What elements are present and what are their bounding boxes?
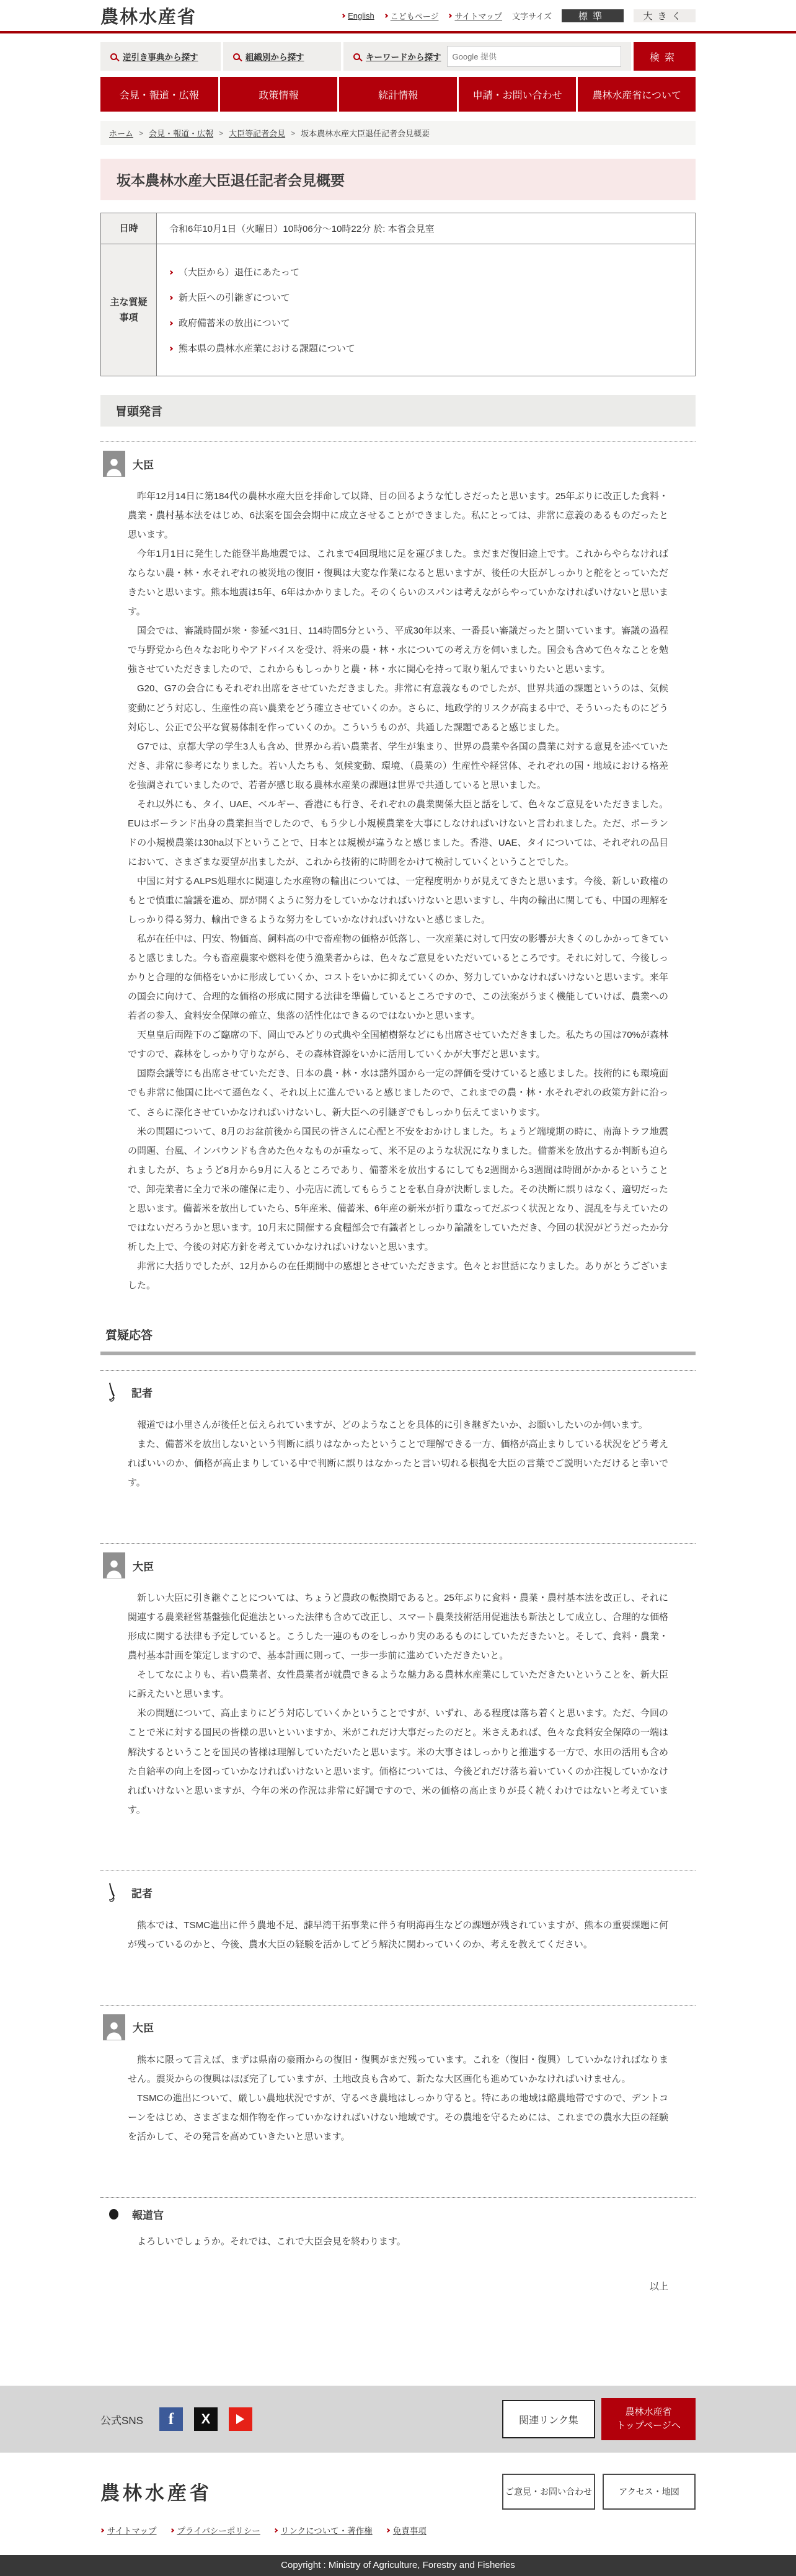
qa-answer: 新しい大臣に引き継ぐことについては、ちょうど農政の転換期であると。25年ぶりに食…	[100, 1578, 696, 1820]
footer-logo: 農林水産省	[100, 2477, 427, 2505]
breadcrumb-minister-conference[interactable]: 大臣等記者会見	[229, 127, 285, 139]
header-link-english[interactable]: English	[342, 11, 374, 20]
speech-paragraph: 非常に大括りでしたが、12月からの在任期間中の感想とさせていただきます。色々とお…	[128, 1257, 668, 1295]
speech-paragraph: 今年1月1日に発生した能登半島地震では、これまで4回現地に足を運びました。まだま…	[128, 544, 668, 621]
header-rule	[0, 31, 796, 33]
closing-statement: よろしいでしょうか。それでは、これで大臣会見を終わります。	[100, 2222, 696, 2251]
play-icon	[236, 2414, 244, 2424]
divider	[100, 1870, 696, 1871]
related-links-button[interactable]: 関連リンク集	[502, 2400, 595, 2438]
main-nav: 会見・報道・広報 政策情報 統計情報 申請・お問い合わせ 農林水産省について	[100, 77, 696, 112]
speech-paragraph: 私が在任中は、円安、物価高、飼料高の中で畜産物の価格が低落し、一次産業に対して円…	[128, 929, 668, 1025]
speech-paragraph: 熊本に限って言えば、まずは県南の豪雨からの復旧・復興がまだ残っています。これを（…	[128, 2050, 668, 2089]
youtube-icon[interactable]	[229, 2407, 252, 2431]
search-input[interactable]	[447, 46, 622, 67]
footer-sns-band: 公式SNS f X 関連リンク集 農林水産省 トップページへ	[0, 2386, 796, 2453]
footer-link-disclaimer[interactable]: 免責事項	[386, 2524, 427, 2536]
footer-links: サイトマップ プライバシーポリシー リンクについて・著作権 免責事項	[100, 2524, 427, 2536]
person-icon	[103, 1552, 125, 1578]
chevron-right-icon	[384, 13, 388, 17]
search-icon	[110, 53, 117, 60]
chevron-right-icon	[169, 270, 173, 275]
breadcrumb-separator: >	[291, 129, 295, 138]
facebook-icon[interactable]: f	[159, 2407, 183, 2431]
footer-link-privacy[interactable]: プライバシーポリシー	[170, 2524, 260, 2536]
speech-paragraph: 国会では、審議時間が衆・参延べ31日、114時間5分という、平成30年以来、一番…	[128, 621, 668, 679]
opening-remarks-heading: 冒頭発言	[100, 395, 696, 427]
datetime-label: 日時	[101, 213, 157, 244]
header-link-kids[interactable]: こどもページ	[384, 10, 439, 22]
speaker-label: 記者	[131, 1384, 153, 1400]
chevron-right-icon	[169, 296, 173, 300]
header-link-sitemap[interactable]: サイトマップ	[448, 10, 502, 22]
speech-paragraph: 報道では小里さんが後任と伝えられていますが、どのようなことを具体的に引き継ぎたい…	[128, 1415, 668, 1435]
search-row: 逆引き事典から探す 組織別から探す キーワードから探す 検索	[100, 42, 696, 71]
topics-list: （大臣から）退任にあたって 新大臣への引継ぎについて 政府備蓄米の放出について …	[169, 265, 683, 355]
speaker-row-minister: 大臣	[100, 2014, 696, 2040]
top-page-button[interactable]: 農林水産省 トップページへ	[601, 2398, 696, 2440]
chevron-right-icon	[386, 2528, 390, 2533]
font-size-standard-button[interactable]: 標準	[562, 9, 624, 22]
nav-item-application[interactable]: 申請・お問い合わせ	[459, 77, 577, 112]
datetime-value: 令和6年10月1日（火曜日）10時06分～10時22分 於: 本省会見室	[157, 213, 696, 244]
speech-paragraph: それ以外にも、タイ、UAE、ベルギー、香港にも行き、それぞれの農業関係大臣と話を…	[128, 795, 668, 872]
speaker-row-minister: 大臣	[100, 451, 696, 477]
footer-link-sitemap[interactable]: サイトマップ	[100, 2524, 157, 2536]
nav-item-policy[interactable]: 政策情報	[220, 77, 338, 112]
speaker-row-reporter: 記者	[100, 1379, 696, 1405]
chevron-right-icon	[448, 13, 452, 17]
pen-icon	[103, 1379, 124, 1405]
meeting-info-table: 日時 令和6年10月1日（火曜日）10時06分～10時22分 於: 本省会見室 …	[100, 213, 696, 376]
speaker-label: 大臣	[133, 1558, 154, 1573]
breadcrumb-press[interactable]: 会見・報道・広報	[149, 127, 213, 139]
speech-paragraph: 中国に対するALPS処理水に関連した水産物の輸出については、一定程度明かりが見え…	[128, 872, 668, 929]
topics-label: 主な質疑事項	[101, 244, 157, 376]
table-row-datetime: 日時 令和6年10月1日（火曜日）10時06分～10時22分 於: 本省会見室	[101, 213, 696, 244]
qa-answer: 熊本に限って言えば、まずは県南の豪雨からの復旧・復興がまだ残っています。これを（…	[100, 2040, 696, 2146]
speech-paragraph: よろしいでしょうか。それでは、これで大臣会見を終わります。	[128, 2232, 668, 2251]
speaker-label: 記者	[131, 1885, 153, 1900]
search-icon	[233, 53, 240, 60]
speech-paragraph: 新しい大臣に引き継ぐことについては、ちょうど農政の転換期であると。25年ぶりに食…	[128, 1588, 668, 1665]
speech-paragraph: G7では、京都大学の学生3人も含め、世界から若い農業者、学生が集まり、世界の農業…	[128, 737, 668, 795]
qa-question: 報道では小里さんが後任と伝えられていますが、どのようなことを具体的に引き継ぎたい…	[100, 1405, 696, 1492]
search-icon	[353, 53, 360, 60]
dot-icon	[109, 2209, 118, 2220]
chevron-right-icon	[100, 2528, 104, 2533]
speech-paragraph: 昨年12月14日に第184代の農林水産大臣を拝命して以降、目の回るような忙しさだ…	[128, 487, 668, 544]
divider	[100, 1543, 696, 1544]
breadcrumb-separator: >	[219, 129, 223, 138]
speech-paragraph: G20、G7の会合にもそれぞれ出席をさせていただきました。非常に有意義なものでし…	[128, 679, 668, 737]
qa-question: 熊本では、TSMC進出に伴う農地不足、諫早湾干拓事業に伴う有明海再生などの課題が…	[100, 1906, 696, 1954]
font-size-label: 文字サイズ	[512, 10, 552, 22]
list-item: 熊本県の農林水産業における課題について	[169, 342, 683, 355]
topics-cell: （大臣から）退任にあたって 新大臣への引継ぎについて 政府備蓄米の放出について …	[157, 244, 696, 376]
contact-button[interactable]: ご意見・お問い合わせ	[502, 2474, 595, 2510]
divider	[100, 1370, 696, 1371]
speech-paragraph: 熊本では、TSMC進出に伴う農地不足、諫早湾干拓事業に伴う有明海再生などの課題が…	[128, 1916, 668, 1954]
list-item: 政府備蓄米の放出について	[169, 316, 683, 329]
keyword-search-box: キーワードから探す	[343, 42, 631, 71]
x-icon[interactable]: X	[194, 2407, 218, 2431]
chevron-right-icon	[341, 13, 345, 17]
site-header: 農林水産省 English こどもページ サイトマップ 文字サイズ 標準 大きく	[100, 0, 696, 31]
speaker-row-spokesperson: 報道官	[100, 2206, 696, 2222]
speech-paragraph: 国際会議等にも出席させていただき、日本の農・林・水は諸外国から一定の評価を受けて…	[128, 1064, 668, 1122]
qa-heading: 質疑応答	[100, 1322, 696, 1352]
search-button[interactable]: 検索	[634, 42, 696, 71]
speech-paragraph: また、備蓄米を放出しないという判断に誤りはなかったということで理解できる一方、価…	[128, 1435, 668, 1492]
organization-search[interactable]: 組織別から探す	[223, 42, 341, 71]
breadcrumb-separator: >	[139, 129, 143, 138]
speech-paragraph: TSMCの進出について、厳しい農地状況ですが、守るべき農地はしっかり守ると。特に…	[128, 2089, 668, 2146]
nav-item-about[interactable]: 農林水産省について	[578, 77, 696, 112]
table-row-topics: 主な質疑事項 （大臣から）退任にあたって 新大臣への引継ぎについて 政府備蓄米の…	[101, 244, 696, 376]
divider	[100, 2005, 696, 2006]
chevron-right-icon	[273, 2528, 278, 2533]
speech-paragraph: 天皇皇后両陛下のご臨席の下、岡山でみどりの式典や全国植樹祭などにも出席させていた…	[128, 1025, 668, 1064]
speaker-label: 報道官	[132, 2206, 164, 2222]
chevron-right-icon	[169, 347, 173, 351]
opening-speech: 昨年12月14日に第184代の農林水産大臣を拝命して以降、目の回るような忙しさだ…	[100, 477, 696, 1295]
breadcrumb-home[interactable]: ホーム	[109, 127, 133, 139]
page-title: 坂本農林水産大臣退任記者会見概要	[100, 159, 696, 200]
speaker-row-minister: 大臣	[100, 1552, 696, 1578]
qa-heading-rule	[100, 1352, 696, 1355]
footer-copyright: Copyright : Ministry of Agriculture, For…	[0, 2555, 796, 2576]
nav-item-press[interactable]: 会見・報道・広報	[100, 77, 218, 112]
speech-paragraph: 米の問題について、高止まりにどう対応していくかということですが、いずれ、ある程度…	[128, 1704, 668, 1819]
sns-label: 公式SNS	[100, 2412, 143, 2427]
divider	[100, 2197, 696, 2198]
speaker-label: 大臣	[133, 2019, 154, 2035]
person-icon	[103, 2014, 125, 2040]
font-size-large-button[interactable]: 大きく	[634, 9, 696, 22]
footer-link-copyright[interactable]: リンクについて・著作権	[274, 2524, 373, 2536]
access-map-button[interactable]: アクセス・地図	[603, 2474, 696, 2510]
speech-paragraph: そしてなによりも、若い農業者、女性農業者が就農できるような魅力ある農林水産業にし…	[128, 1665, 668, 1704]
site-logo: 農林水産省	[100, 3, 197, 29]
speaker-label: 大臣	[133, 456, 154, 472]
breadcrumb-current: 坂本農林水産大臣退任記者会見概要	[301, 127, 430, 139]
breadcrumb: ホーム > 会見・報道・広報 > 大臣等記者会見 > 坂本農林水産大臣退任記者会…	[100, 121, 696, 145]
list-item: 新大臣への引継ぎについて	[169, 291, 683, 304]
divider	[100, 441, 696, 442]
list-item: （大臣から）退任にあたって	[169, 265, 683, 278]
nav-item-statistics[interactable]: 統計情報	[339, 77, 457, 112]
end-note: 以上	[100, 2280, 696, 2293]
footer-main: 農林水産省 サイトマップ プライバシーポリシー リンクについて・著作権 免責事項…	[0, 2453, 796, 2555]
speaker-row-reporter: 記者	[100, 1880, 696, 1906]
person-icon	[103, 451, 125, 477]
chevron-right-icon	[169, 321, 173, 325]
chevron-right-icon	[169, 2528, 174, 2533]
pen-icon	[103, 1880, 124, 1906]
speech-paragraph: 米の問題について、8月のお盆前後から国民の皆さんに心配と不安をおかけしました。ち…	[128, 1122, 668, 1257]
reverse-dictionary-search[interactable]: 逆引き事典から探す	[100, 42, 221, 71]
